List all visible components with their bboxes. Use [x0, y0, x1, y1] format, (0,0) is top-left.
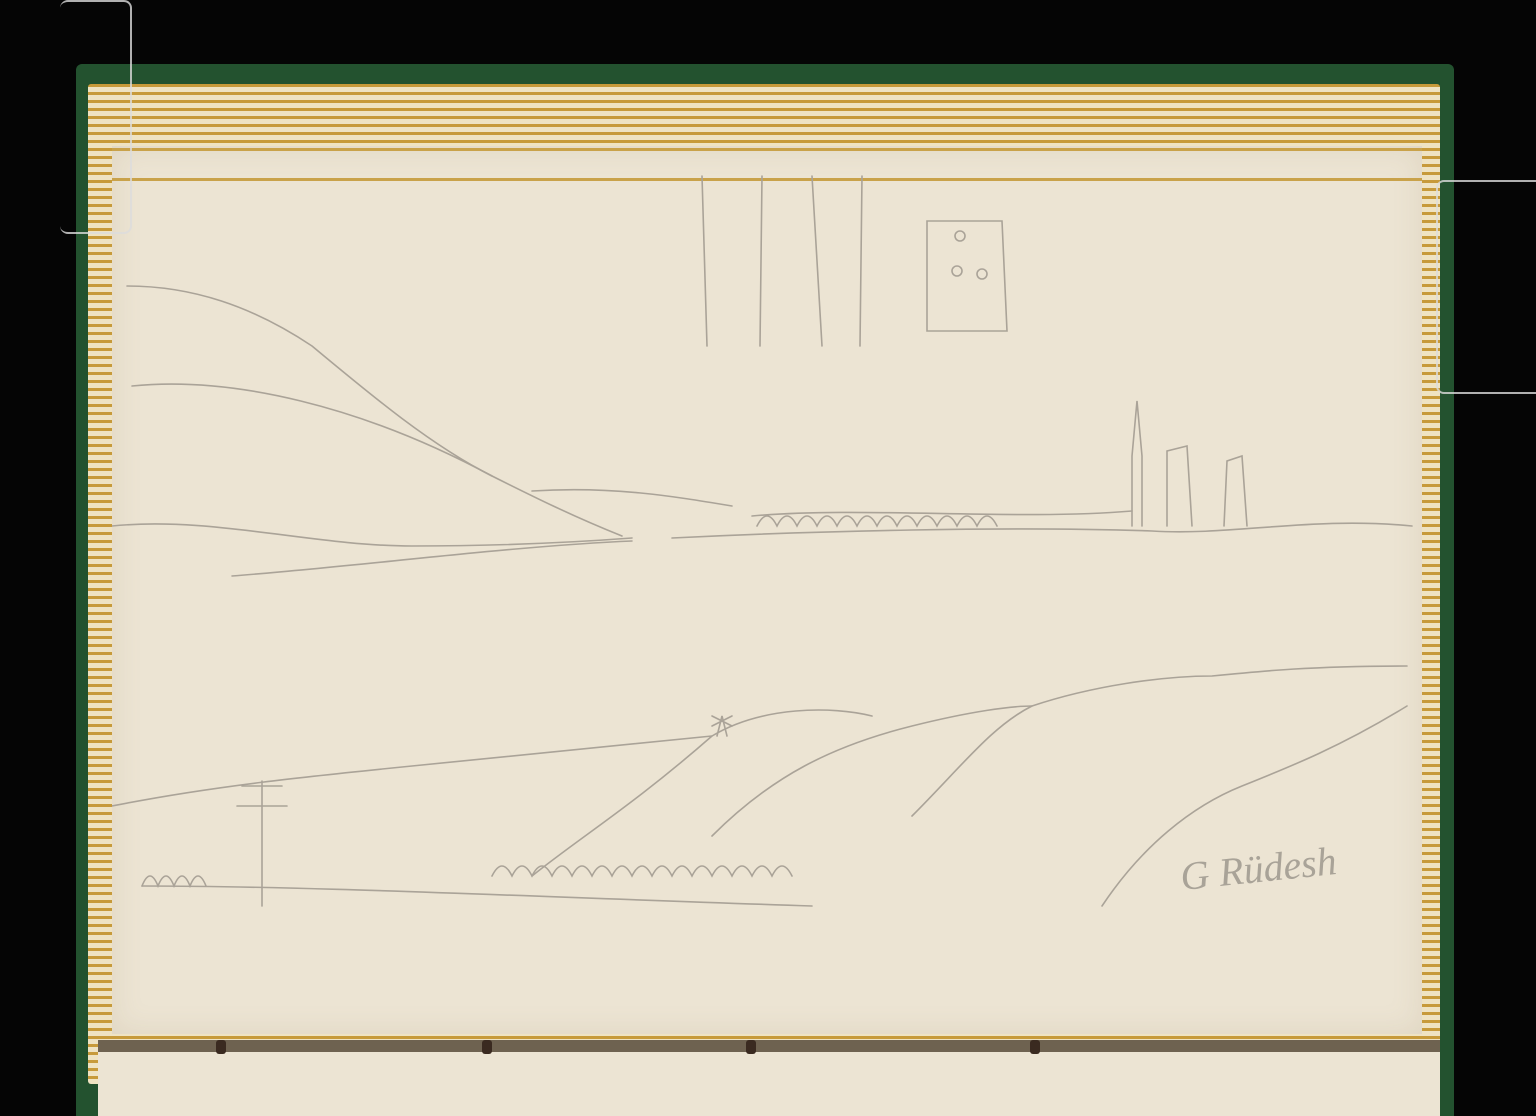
page-gutter	[98, 1040, 1440, 1052]
mount-clip-right	[1436, 180, 1536, 394]
mount-clip-left	[60, 0, 132, 234]
binding-stitch	[482, 1040, 492, 1054]
next-page	[98, 1052, 1440, 1116]
binding-stitch	[746, 1040, 756, 1054]
binding-stitch	[1030, 1040, 1040, 1054]
pencil-sketch	[112, 146, 1422, 1034]
binding-stitch	[216, 1040, 226, 1054]
